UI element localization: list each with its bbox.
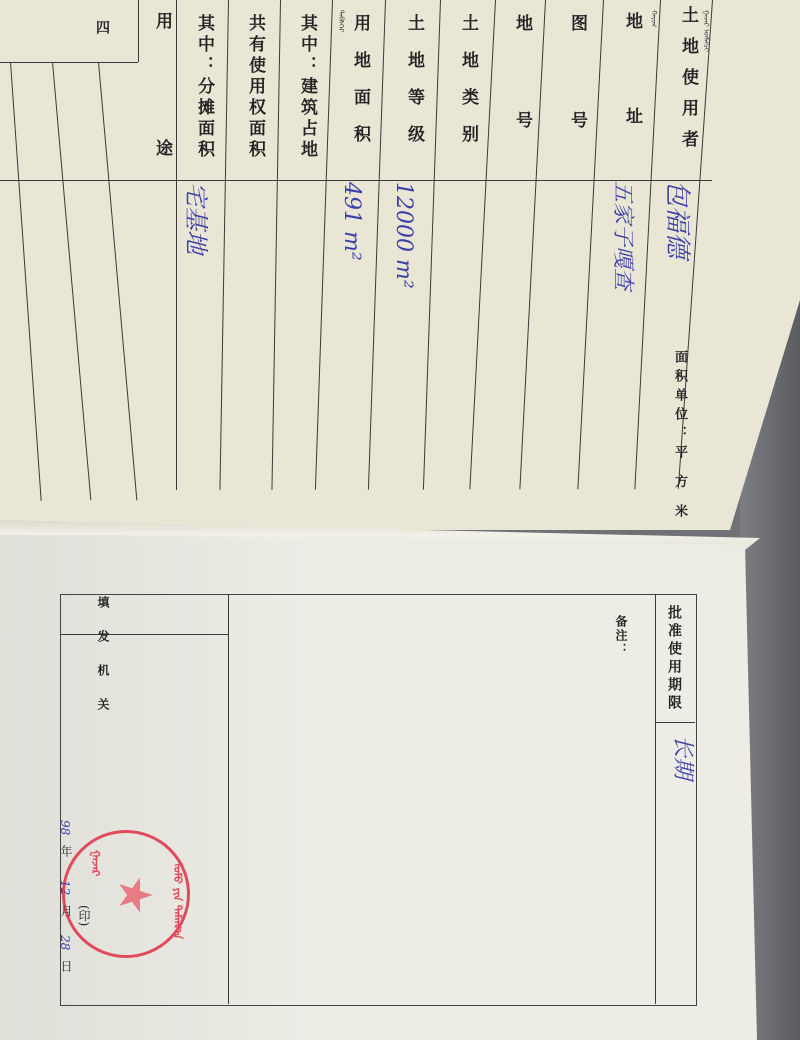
label-apportioned-area: 其中：分摊面积 bbox=[192, 14, 217, 161]
section-divider bbox=[0, 62, 138, 63]
label-land-user: 土地使用者 bbox=[676, 6, 701, 161]
mongolian-script: ᠳᠡᠪᠰᠭᠡᠷ bbox=[335, 10, 347, 33]
label-map-number: 图号 bbox=[565, 14, 590, 208]
section-number: 四 bbox=[92, 20, 112, 48]
seal-text: ᠰᠤᠮᠤ ᠶᠢᠨ ᠲᠠᠮᠠᠭ᠎ᠠ bbox=[168, 860, 187, 939]
seal-label: (印) bbox=[76, 905, 93, 926]
label-usage: 用途 bbox=[150, 12, 175, 266]
row-divider bbox=[176, 0, 177, 490]
date-year: 98 bbox=[58, 820, 72, 835]
frame-divider bbox=[655, 722, 695, 723]
label-remarks: 备注： bbox=[613, 615, 630, 657]
date-day-suffix: 日 bbox=[58, 960, 75, 972]
value-land-area: 12000 m² bbox=[391, 182, 416, 289]
value-land-user: 包福德 bbox=[661, 180, 698, 258]
row-divider bbox=[138, 0, 139, 62]
label-shared-area: 共有使用权面积 bbox=[243, 14, 268, 161]
label-divider bbox=[0, 180, 712, 181]
label-address: 地址 bbox=[620, 12, 645, 202]
label-approval-period: 批准使用期限 bbox=[664, 605, 684, 713]
date-month-suffix: 月 bbox=[58, 905, 75, 917]
date-day: 28 bbox=[58, 935, 72, 950]
date-year-suffix: 年 bbox=[58, 845, 75, 857]
value-approval-period: 长期 bbox=[669, 735, 700, 779]
mongolian-script: ᠬᠠᠶᠢᠭ bbox=[648, 10, 660, 27]
seal-text: ᠭᠠᠵᠠᠷ bbox=[86, 850, 105, 876]
frame-divider bbox=[228, 594, 229, 1004]
label-issuing-authority: 填发机关 bbox=[95, 596, 112, 732]
label-land-area: 用地面积 bbox=[348, 14, 373, 162]
value-usage: 宅基地 bbox=[181, 182, 216, 254]
value-address: 五家子嘎查 bbox=[609, 180, 640, 290]
mongolian-script: ᠭᠠᠵᠠᠷ ᠡᠳᠯᠡᠭᠴᠢ bbox=[700, 10, 712, 52]
label-building-footprint: 其中：建筑占地 bbox=[295, 14, 320, 161]
area-unit-label: 面积单位：平 方 米 bbox=[670, 350, 689, 523]
date-month: 12 bbox=[58, 880, 72, 895]
star-icon: ★ bbox=[109, 874, 163, 915]
label-land-grade: 土地等级 bbox=[402, 14, 427, 162]
frame-divider bbox=[60, 634, 228, 635]
frame-divider bbox=[655, 594, 656, 1004]
label-lot-number: 地号 bbox=[510, 14, 535, 208]
value-building-footprint: 491 m² bbox=[339, 182, 364, 261]
label-land-category: 土地类别 bbox=[456, 14, 481, 162]
